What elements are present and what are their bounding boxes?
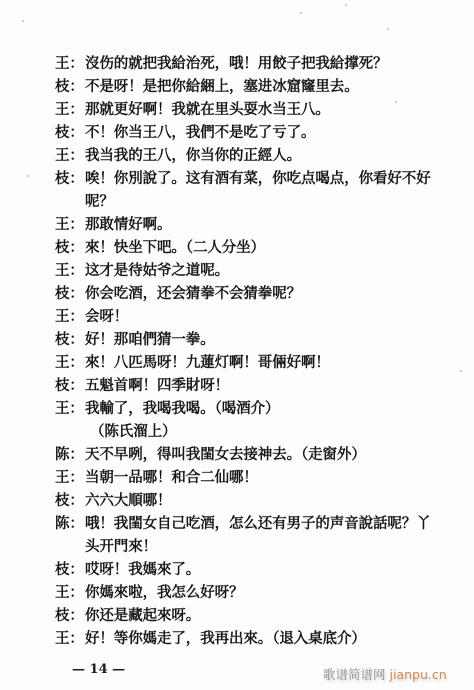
speaker-label: 王：	[55, 98, 85, 121]
dialogue-line: 枝：來！快坐下吧。（二人分坐）	[55, 236, 455, 259]
speaker-label: 王：	[55, 351, 85, 374]
speaker-label: 王：	[55, 213, 85, 236]
dialogue-line: 王：好！等你媽走了，我再出來。（退入桌底介）	[55, 627, 455, 650]
watermark-domain: jianpu.cn	[390, 667, 447, 682]
speaker-label: 王：	[55, 397, 85, 420]
dialogue-text: 头开門來！	[85, 535, 157, 558]
speaker-label: 王：	[55, 52, 85, 75]
scan-speck	[395, 101, 397, 103]
dialogue-line: 枝：好！那咱們猜一拳。	[55, 328, 455, 351]
dialogue-text: 那敢情好啊。	[85, 213, 171, 236]
dialogue-text: 我当我的王八，你当你的正經人。	[85, 144, 301, 167]
scan-speck	[460, 370, 462, 372]
dialogue-text: 好！等你媽走了，我再出來。（退入桌底介）	[85, 627, 366, 650]
speaker-label: 枝：	[55, 558, 85, 581]
dialogue-text: 唉！你別說了。这有酒有菜，你吃点喝点，你看好不好	[85, 167, 431, 190]
dialogue-line: 枝：六六大順哪！	[55, 489, 455, 512]
dialogue-text: 好！那咱們猜一拳。	[85, 328, 215, 351]
speaker-label: 枝：	[55, 121, 85, 144]
speaker-label: 枝：	[55, 75, 85, 98]
dialogue-line: 王：当朝一品哪！和合二仙哪！	[55, 466, 455, 489]
dialogue-text: 沒伤的就把我給治死，哦！用餃子把我給撑死？	[85, 52, 387, 75]
speaker-label: 枝：	[55, 489, 85, 512]
dialogue-line: 陈：天不早咧，得叫我閨女去接神去。（走窗外）	[55, 443, 455, 466]
dialogue-line: 王：那敢情好啊。	[55, 213, 455, 236]
dialogue-line: 枝：你还是藏起來呀。	[55, 604, 455, 627]
scan-speck	[300, 12, 302, 14]
scan-speck	[345, 4, 347, 6]
dialogue-text: 不！你当王八，我們不是吃了亏了。	[85, 121, 315, 144]
scanned-page: 王：沒伤的就把我給治死，哦！用餃子把我給撑死？ 枝：不是呀！是把你給綑上，塞进冰…	[0, 0, 474, 690]
dialogue-line: 王：沒伤的就把我給治死，哦！用餃子把我給撑死？	[55, 52, 455, 75]
dialogue-text: 那就更好啊！我就在里头耍水当王八。	[85, 98, 330, 121]
dialogue-line: 王：这才是待姑爷之道呢。	[55, 259, 455, 282]
speaker-label: 王：	[55, 466, 85, 489]
dialogue-text: 你会吃酒，还会猜拳不会猜拳呢？	[85, 282, 301, 305]
dialogue-text: 六六大順哪！	[85, 489, 171, 512]
dialogue-line: 王：我当我的王八，你当你的正經人。	[55, 144, 455, 167]
dialogue-text: 不是呀！是把你給綑上，塞进冰窟窿里去。	[85, 75, 359, 98]
speaker-label: 王：	[55, 144, 85, 167]
dialogue-line: 王：來！八匹馬呀！九蓮灯啊！哥倆好啊！	[55, 351, 455, 374]
dialogue-line: 王：我輸了，我喝我喝。（喝酒介）	[55, 397, 455, 420]
dialogue-line: 枝：不是呀！是把你給綑上，塞进冰窟窿里去。	[55, 75, 455, 98]
speaker-label: 王：	[55, 259, 85, 282]
dialogue-line: 枝：哎呀！我媽來了。	[55, 558, 455, 581]
dialogue-text: 这才是待姑爷之道呢。	[85, 259, 229, 282]
dialogue-text: 來！快坐下吧。（二人分坐）	[85, 236, 265, 259]
scan-speck	[27, 175, 29, 177]
dialogue-text: 五魁首啊！四季財呀！	[85, 374, 229, 397]
speaker-label: 枝：	[55, 328, 85, 351]
dialogue-line: 枝：你会吃酒，还会猜拳不会猜拳呢？	[55, 282, 455, 305]
stage-direction: （陈氏溜上）	[55, 420, 455, 443]
watermark-site-name: 歌谱简谱网	[323, 667, 386, 682]
speaker-label: 枝：	[55, 236, 85, 259]
dialogue-line: 王：你媽來啦，我怎么好呀？	[55, 581, 455, 604]
dialogue-continuation: 头开門來！	[55, 535, 455, 558]
dialogue-continuation: 呢？	[55, 190, 455, 213]
speaker-label: 枝：	[55, 604, 85, 627]
speaker-label: 枝：	[55, 167, 85, 190]
dialogue-text: 哎呀！我媽來了。	[85, 558, 200, 581]
stage-direction-text: （陈氏溜上）	[85, 420, 176, 443]
dialogue-line: 枝：不！你当王八，我們不是吃了亏了。	[55, 121, 455, 144]
speaker-label: 枝：	[55, 282, 85, 305]
dialogue-line: 枝：唉！你別說了。这有酒有菜，你吃点喝点，你看好不好	[55, 167, 455, 190]
dialogue-text: 呢？	[85, 190, 114, 213]
speaker-label: 陈：	[55, 512, 85, 535]
dialogue-text: 我輸了，我喝我喝。（喝酒介）	[85, 397, 279, 420]
dialogue-text: 会呀！	[85, 305, 128, 328]
speaker-label: 枝：	[55, 374, 85, 397]
dialogue-text: 來！八匹馬呀！九蓮灯啊！哥倆好啊！	[85, 351, 330, 374]
speaker-label: 王：	[55, 581, 85, 604]
watermark: 歌谱简谱网jianpu.cn	[323, 665, 447, 685]
dialogue-text: 天不早咧，得叫我閨女去接神去。（走窗外）	[85, 443, 366, 466]
page-number: — 14 —	[72, 660, 125, 680]
speaker-label: 陈：	[55, 443, 85, 466]
scan-speck	[22, 20, 24, 22]
dialogue-line: 陈：哦！我閨女自己吃酒，怎么还有男子的声音說話呢？丫	[55, 512, 455, 535]
dialogue-text: 你还是藏起來呀。	[85, 604, 200, 627]
speaker-label: 王：	[55, 627, 85, 650]
dialogue-text: 你媽來啦，我怎么好呀？	[85, 581, 243, 604]
speaker-label: 王：	[55, 305, 85, 328]
dialogue-line: 王：会呀！	[55, 305, 455, 328]
dialogue-text: 哦！我閨女自己吃酒，怎么还有男子的声音說話呢？丫	[85, 512, 431, 535]
dialogue-block: 王：沒伤的就把我給治死，哦！用餃子把我給撑死？ 枝：不是呀！是把你給綑上，塞进冰…	[55, 52, 455, 650]
scan-speck	[387, 28, 389, 30]
dialogue-text: 当朝一品哪！和合二仙哪！	[85, 466, 258, 489]
dialogue-line: 枝：五魁首啊！四季財呀！	[55, 374, 455, 397]
